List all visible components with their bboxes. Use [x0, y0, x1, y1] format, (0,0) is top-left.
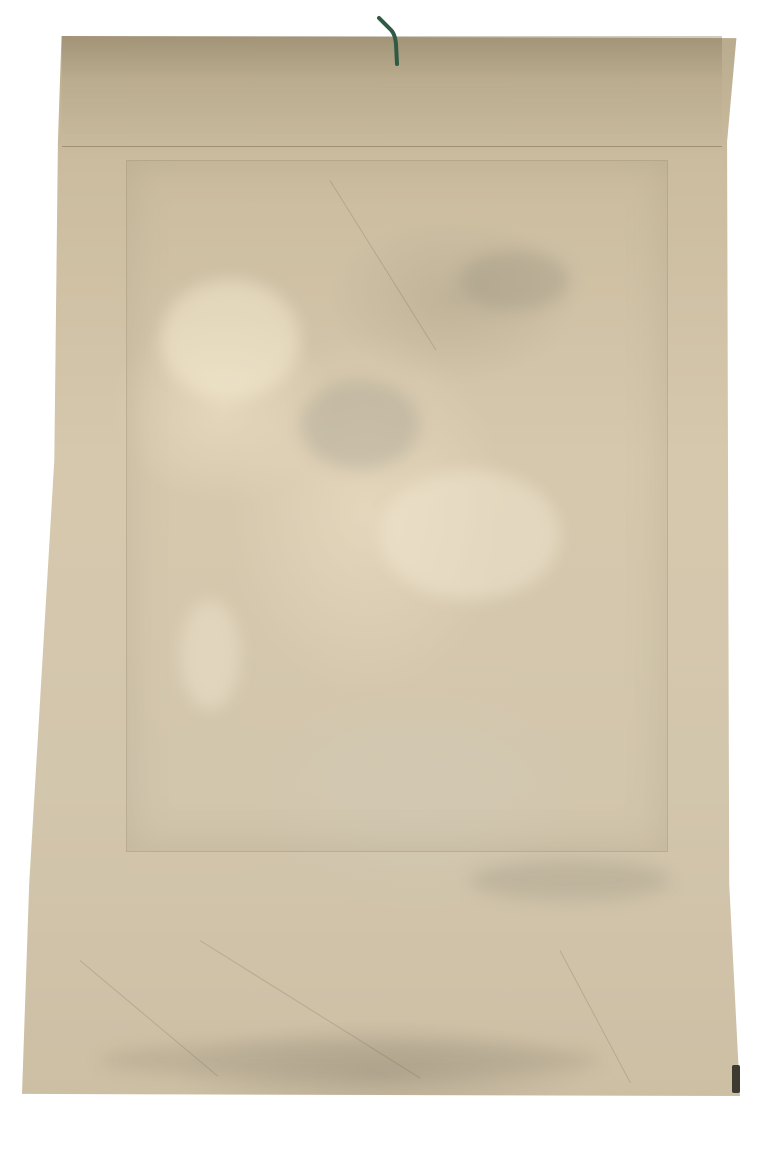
hanging-string-icon [377, 14, 407, 66]
dowel-end [732, 1065, 740, 1093]
stain-dark [100, 1040, 600, 1080]
stain-light [380, 470, 560, 600]
stain-light [160, 280, 300, 400]
stain-light [180, 600, 240, 710]
stain-dark [460, 250, 570, 310]
stain-dark [300, 380, 420, 470]
stain-dark [470, 860, 670, 900]
